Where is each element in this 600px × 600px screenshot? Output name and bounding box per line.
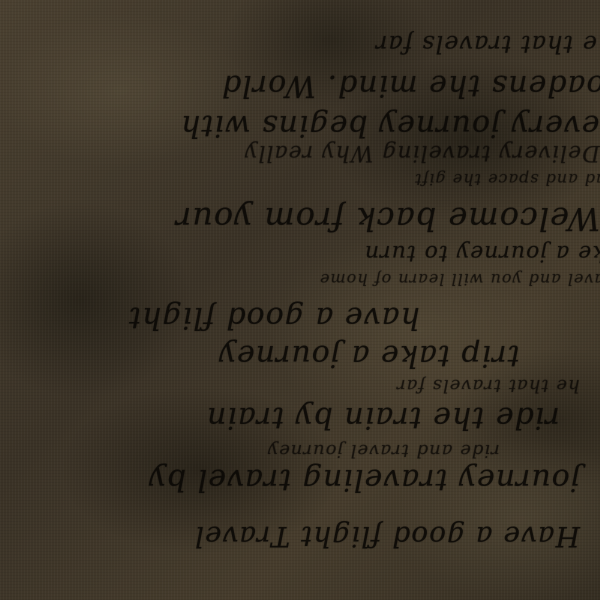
script-line: ride the train by train xyxy=(206,400,560,435)
script-line: the road and space the gift xyxy=(414,170,600,189)
fabric-texture: the worldtrip he that travels farbroaden… xyxy=(0,0,600,600)
script-line: trip take a journey xyxy=(218,338,520,373)
script-line: he that travels far xyxy=(396,375,580,396)
script-line: journey traveling travel by xyxy=(148,462,580,497)
script-line: travel and you will learn of home xyxy=(319,270,600,289)
script-line: trip he that travels far xyxy=(375,30,600,58)
script-line: take a journey to turn xyxy=(364,240,600,265)
script-line: Welcome back from your xyxy=(175,200,600,238)
script-line: ride and travel journey xyxy=(267,440,500,461)
script-line: broadens the mind. World xyxy=(221,68,600,103)
script-line: every journey begins with xyxy=(180,108,600,143)
script-line: have a good flight xyxy=(128,300,420,335)
script-line: Delivery traveling Why really xyxy=(244,140,600,165)
script-line: Have a good flight Travel xyxy=(194,520,580,553)
